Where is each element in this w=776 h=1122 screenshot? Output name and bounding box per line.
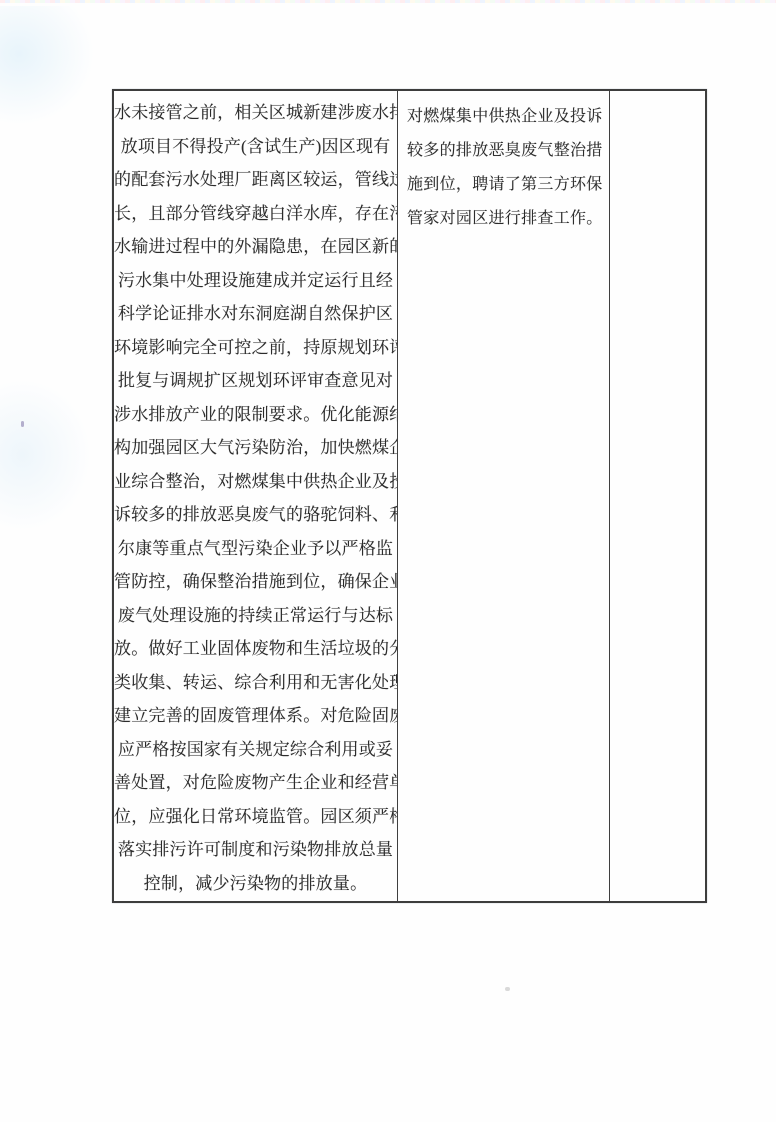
text-line: 污水集中处理设施建成并定运行且经 [114,264,397,298]
text-line: 的配套污水处理厂距离区较运，管线过 [114,163,397,197]
text-line: 善处置，对危险废物产生企业和经营单 [114,766,397,800]
table-cell-remark-empty [610,91,705,901]
text-line: 建立完善的固废管理体系。对危险固废 [114,699,397,733]
table-cell-requirement-text: 水未接管之前，相关区城新建涉废水排放项目不得投产(含试生产)因区现有的配套污水处… [114,91,398,901]
text-line: 落实排污许可制度和污染物排放总量 [114,833,397,867]
text-line: 批复与调规扩区规划环评审查意见对 [114,364,397,398]
text-line: 废气处理设施的持续正常运行与达标 [114,599,397,633]
text-line: 类收集、转运、综合利用和无害化处理， [114,666,397,700]
text-line: 环境影响完全可控之前，持原规划环评 [114,331,397,365]
text-line: 放项目不得投产(含试生产)因区现有 [114,130,397,164]
text-line: 控制，减少污染物的排放量。 [114,867,397,901]
text-line: 尔康等重点气型污染企业予以严格监 [114,532,397,566]
text-line: 位，应强化日常环境监管。园区须严格 [114,800,397,834]
text-line: 对燃煤集中供热企业及投诉 [407,100,604,134]
text-line: 应严格按国家有关规定综合利用或妥 [114,733,397,767]
text-line: 管家对园区进行排查工作。 [407,202,604,236]
text-line: 诉较多的排放恶臭废气的骆驼饲料、利 [114,498,397,532]
text-line: 水输进过程中的外漏隐患，在园区新的 [114,230,397,264]
text-line: 施到位，聘请了第三方环保 [407,168,604,202]
text-line: 较多的排放恶臭废气整治措 [407,134,604,168]
scan-noise-strip [0,0,776,3]
text-line: 构加强园区大气污染防治，加快燃煤企 [114,431,397,465]
text-line: 放。做好工业固体废物和生活垃圾的分 [114,632,397,666]
content-table: 水未接管之前，相关区城新建涉废水排放项目不得投产(含试生产)因区现有的配套污水处… [112,89,707,903]
scan-speck [505,987,510,991]
text-line: 管防控，确保整治措施到位，确保企业 [114,565,397,599]
table-cell-implementation-text: 对燃煤集中供热企业及投诉较多的排放恶臭废气整治措施到位，聘请了第三方环保管家对园… [398,91,610,901]
text-line: 水未接管之前，相关区城新建涉废水排 [114,96,397,130]
text-line: 科学论证排水对东洞庭湖自然保护区 [114,297,397,331]
scan-speck [21,421,24,427]
text-line: 业综合整治，对燃煤集中供热企业及投 [114,465,397,499]
text-line: 长，且部分管线穿越白洋水库，存在污 [114,197,397,231]
text-line: 涉水排放产业的限制要求。优化能源结 [114,398,397,432]
scan-smudge [0,6,95,126]
scan-smudge [0,380,90,530]
